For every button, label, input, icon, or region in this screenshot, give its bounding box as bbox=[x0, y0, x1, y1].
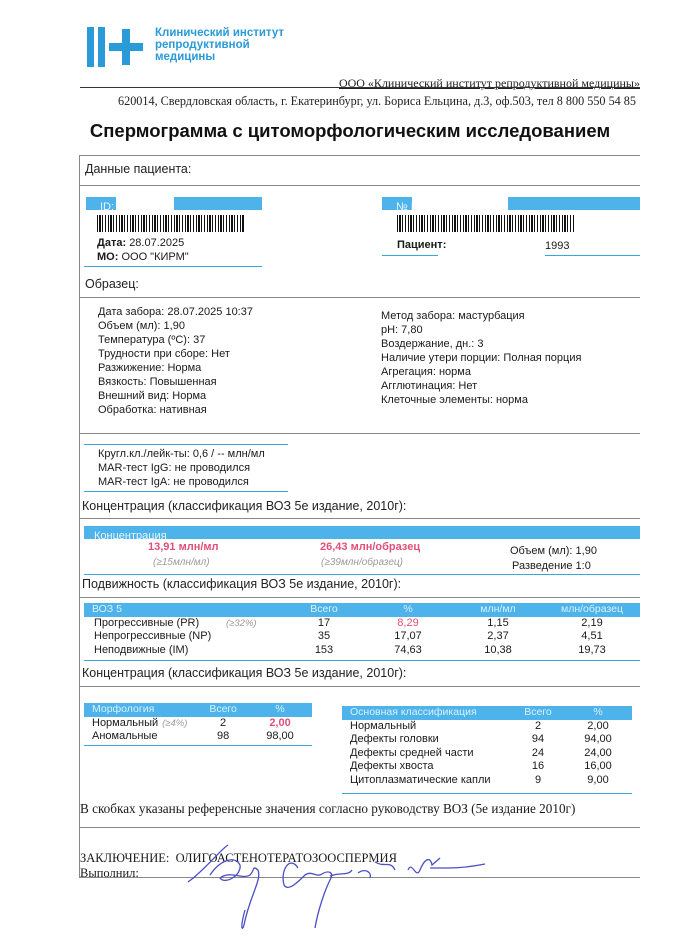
header-total: Всего bbox=[284, 603, 364, 617]
header-percent: % bbox=[248, 703, 312, 717]
sample-temperature: Температура (ºC): 37 bbox=[98, 333, 253, 347]
sample-abstinence: Воздержание, дн.: 3 bbox=[381, 337, 581, 351]
row-total: 24 bbox=[512, 747, 564, 761]
ib-redaction bbox=[412, 197, 508, 210]
divider bbox=[84, 660, 640, 661]
ib-barcode bbox=[397, 215, 575, 232]
row-name: Нормальный bbox=[342, 720, 512, 734]
divider bbox=[79, 597, 640, 598]
header-divider bbox=[80, 87, 640, 88]
document-title: Спермограмма с цитоморфологическим иссле… bbox=[0, 120, 700, 142]
sample-collection-date: Дата забора: 28.07.2025 10:37 bbox=[98, 305, 253, 319]
date-field: Дата: 28.07.2025 bbox=[97, 236, 184, 250]
divider bbox=[84, 745, 312, 746]
row-total: 9 bbox=[512, 774, 564, 788]
row-per-ml: 10,38 bbox=[452, 644, 544, 658]
motility-section-label: Подвижность (классификация ВОЗ 5е издани… bbox=[82, 577, 401, 591]
divider bbox=[545, 255, 640, 256]
sample-agglutination: Агглютинация: Нет bbox=[381, 379, 581, 393]
signature-icon bbox=[180, 840, 490, 935]
concentration-bar: Концентрация bbox=[84, 526, 640, 539]
row-percent: 98,00 bbox=[248, 730, 312, 744]
row-total: 16 bbox=[512, 760, 564, 774]
row-name: Цитоплазматические капли bbox=[342, 774, 512, 788]
mo-label: МО: bbox=[97, 251, 118, 263]
divider bbox=[79, 827, 640, 828]
divider bbox=[79, 518, 640, 519]
table-row: Неподвижные (IM) 153 74,63 10,38 19,73 bbox=[84, 644, 640, 658]
row-total: 2 bbox=[512, 720, 564, 734]
row-ref bbox=[224, 644, 284, 658]
row-percent: 24,00 bbox=[564, 747, 632, 761]
concentration-section-label: Концентрация (классификация ВОЗ 5е издан… bbox=[82, 499, 406, 513]
sample-cell-elements: Клеточные элементы: норма bbox=[381, 393, 581, 407]
table-row: Аномальные 98 98,00 bbox=[84, 730, 312, 744]
row-percent: 2,00 bbox=[564, 720, 632, 734]
divider bbox=[382, 255, 438, 256]
header-percent: % bbox=[364, 603, 452, 617]
divider bbox=[84, 444, 288, 445]
date-label: Дата: bbox=[97, 237, 126, 249]
row-name: Дефекты хвоста bbox=[342, 760, 512, 774]
row-name: Неподвижные (IM) bbox=[84, 644, 224, 658]
sample-portion-loss: Наличие утери порции: Полная порция bbox=[381, 351, 581, 365]
table-row: Дефекты головки 94 94,00 bbox=[342, 733, 632, 747]
divider bbox=[79, 297, 640, 298]
morphology-table: Морфология Всего % Нормальный (≥4%) 2 2,… bbox=[84, 703, 312, 744]
divider bbox=[84, 574, 640, 575]
row-total: 98 bbox=[198, 730, 248, 744]
organization-name: ООО «Клинический институт репродуктивной… bbox=[339, 76, 640, 91]
sample-volume: Объем (мл): 1,90 bbox=[98, 319, 253, 333]
header-who5: ВОЗ 5 bbox=[84, 603, 224, 617]
table-row: Цитоплазматические капли 9 9,00 bbox=[342, 774, 632, 788]
sample-aggregation: Агрегация: норма bbox=[381, 365, 581, 379]
classification-table: Основная классификация Всего % Нормальны… bbox=[342, 706, 632, 787]
sample-appearance: Внешний вид: Норма bbox=[98, 389, 253, 403]
sample-left-list: Дата забора: 28.07.2025 10:37 Объем (мл)… bbox=[98, 305, 253, 417]
row-percent: 8,29 bbox=[364, 617, 452, 631]
header-per-ml: млн/мл bbox=[452, 603, 544, 617]
row-total: 94 bbox=[512, 733, 564, 747]
row-total: 17 bbox=[284, 617, 364, 631]
header-morphology: Морфология bbox=[84, 703, 198, 717]
mo-field: МО: ООО "КИРМ" bbox=[97, 250, 189, 264]
id-barcode bbox=[97, 215, 245, 232]
concentration-dilution: Разведение 1:0 bbox=[512, 559, 591, 573]
morphology-section-label: Концентрация (классификация ВОЗ 5е издан… bbox=[82, 666, 406, 680]
sample-right-list: Метод забора: мастурбация pH: 7,80 Возде… bbox=[381, 309, 581, 407]
concentration-volume: Объем (мл): 1,90 bbox=[510, 544, 597, 558]
logo-line-2: репродуктивной bbox=[155, 39, 284, 51]
row-ref bbox=[160, 730, 198, 744]
classification-header-row: Основная классификация Всего % bbox=[342, 706, 632, 720]
row-name: Нормальный bbox=[84, 717, 160, 731]
row-ref: (≥32%) bbox=[224, 617, 284, 631]
row-percent: 17,07 bbox=[364, 630, 452, 644]
concentration-per-ml: 13,91 млн/мл bbox=[148, 541, 219, 553]
row-ref bbox=[224, 630, 284, 644]
logo-line-3: медицины bbox=[155, 51, 284, 63]
divider bbox=[84, 491, 288, 492]
concentration-per-sample: 26,43 млн/образец bbox=[320, 541, 420, 553]
row-percent: 74,63 bbox=[364, 644, 452, 658]
performed-by-label: Выполнил: bbox=[80, 866, 139, 881]
divider bbox=[79, 185, 640, 186]
row-name: Прогрессивные (PR) bbox=[84, 617, 224, 631]
patient-section-label: Данные пациента: bbox=[85, 162, 191, 176]
motility-table: ВОЗ 5 Всего % млн/мл млн/образец Прогрес… bbox=[84, 603, 640, 657]
sample-processing: Обработка: нативная bbox=[98, 403, 253, 417]
round-cells: Кругл.кл./лейк-ты: 0,6 / -- млн/мл bbox=[98, 447, 265, 461]
table-row: Дефекты хвоста 16 16,00 bbox=[342, 760, 632, 774]
header-classification: Основная классификация bbox=[342, 706, 512, 720]
extra-tests-list: Кругл.кл./лейк-ты: 0,6 / -- млн/мл MAR-т… bbox=[98, 447, 265, 489]
clinic-logo-text: Клинический институт репродуктивной меди… bbox=[155, 27, 284, 63]
id-bar: ID: bbox=[86, 197, 262, 210]
header-percent: % bbox=[564, 706, 632, 720]
reference-note: В скобках указаны референсные значения с… bbox=[80, 801, 575, 817]
date-value: 28.07.2025 bbox=[129, 237, 184, 249]
concentration-per-sample-ref: (≥39млн/образец) bbox=[321, 557, 403, 568]
morphology-header-row: Морфология Всего % bbox=[84, 703, 312, 717]
table-row: Прогрессивные (PR) (≥32%) 17 8,29 1,15 2… bbox=[84, 617, 640, 631]
sample-collection-difficulty: Трудности при сборе: Нет bbox=[98, 347, 253, 361]
row-percent: 9,00 bbox=[564, 774, 632, 788]
motility-header-row: ВОЗ 5 Всего % млн/мл млн/образец bbox=[84, 603, 640, 617]
patient-label: Пациент: bbox=[397, 238, 446, 252]
sample-viscosity: Вязкость: Повышенная bbox=[98, 375, 253, 389]
divider bbox=[79, 686, 640, 687]
row-name: Непрогрессивные (NP) bbox=[84, 630, 224, 644]
concentration-per-ml-ref: (≥15млн/мл) bbox=[153, 557, 210, 568]
clinic-logo-icon bbox=[87, 27, 147, 67]
divider bbox=[79, 155, 640, 156]
header-total: Всего bbox=[512, 706, 564, 720]
sample-liquefaction: Разжижение: Норма bbox=[98, 361, 253, 375]
table-row: Нормальный 2 2,00 bbox=[342, 720, 632, 734]
row-total: 153 bbox=[284, 644, 364, 658]
row-percent: 94,00 bbox=[564, 733, 632, 747]
id-label: ID: bbox=[100, 201, 114, 213]
row-per-sample: 19,73 bbox=[544, 644, 640, 658]
row-name: Аномальные bbox=[84, 730, 160, 744]
row-percent: 2,00 bbox=[248, 717, 312, 731]
header-per-sample: млн/образец bbox=[544, 603, 640, 617]
mar-test-igg: MAR-тест IgG: не проводился bbox=[98, 461, 265, 475]
row-name: Дефекты головки bbox=[342, 733, 512, 747]
divider bbox=[84, 266, 262, 267]
table-row: Нормальный (≥4%) 2 2,00 bbox=[84, 717, 312, 731]
row-per-sample: 2,19 bbox=[544, 617, 640, 631]
row-percent: 16,00 bbox=[564, 760, 632, 774]
organization-address: 620014, Свердловская область, г. Екатери… bbox=[118, 94, 636, 109]
row-ref: (≥4%) bbox=[160, 717, 198, 731]
row-name: Дефекты средней части bbox=[342, 747, 512, 761]
sample-method: Метод забора: мастурбация bbox=[381, 309, 581, 323]
table-row: Дефекты средней части 24 24,00 bbox=[342, 747, 632, 761]
divider bbox=[342, 793, 632, 794]
sample-ph: pH: 7,80 bbox=[381, 323, 581, 337]
table-row: Непрогрессивные (NP) 35 17,07 2,37 4,51 bbox=[84, 630, 640, 644]
patient-value: 1993 bbox=[545, 239, 569, 253]
id-redaction bbox=[116, 197, 174, 210]
row-per-ml: 1,15 bbox=[452, 617, 544, 631]
row-total: 35 bbox=[284, 630, 364, 644]
header-ref bbox=[224, 603, 284, 617]
row-total: 2 bbox=[198, 717, 248, 731]
conclusion-label: ЗАКЛЮЧЕНИЕ: bbox=[80, 851, 169, 865]
divider bbox=[79, 433, 640, 434]
header-total: Всего bbox=[198, 703, 248, 717]
row-per-sample: 4,51 bbox=[544, 630, 640, 644]
sample-section-label: Образец: bbox=[85, 277, 139, 291]
mar-test-iga: MAR-тест IgA: не проводился bbox=[98, 475, 265, 489]
mo-value: ООО "КИРМ" bbox=[121, 251, 188, 263]
row-per-ml: 2,37 bbox=[452, 630, 544, 644]
logo-line-1: Клинический институт bbox=[155, 27, 284, 39]
